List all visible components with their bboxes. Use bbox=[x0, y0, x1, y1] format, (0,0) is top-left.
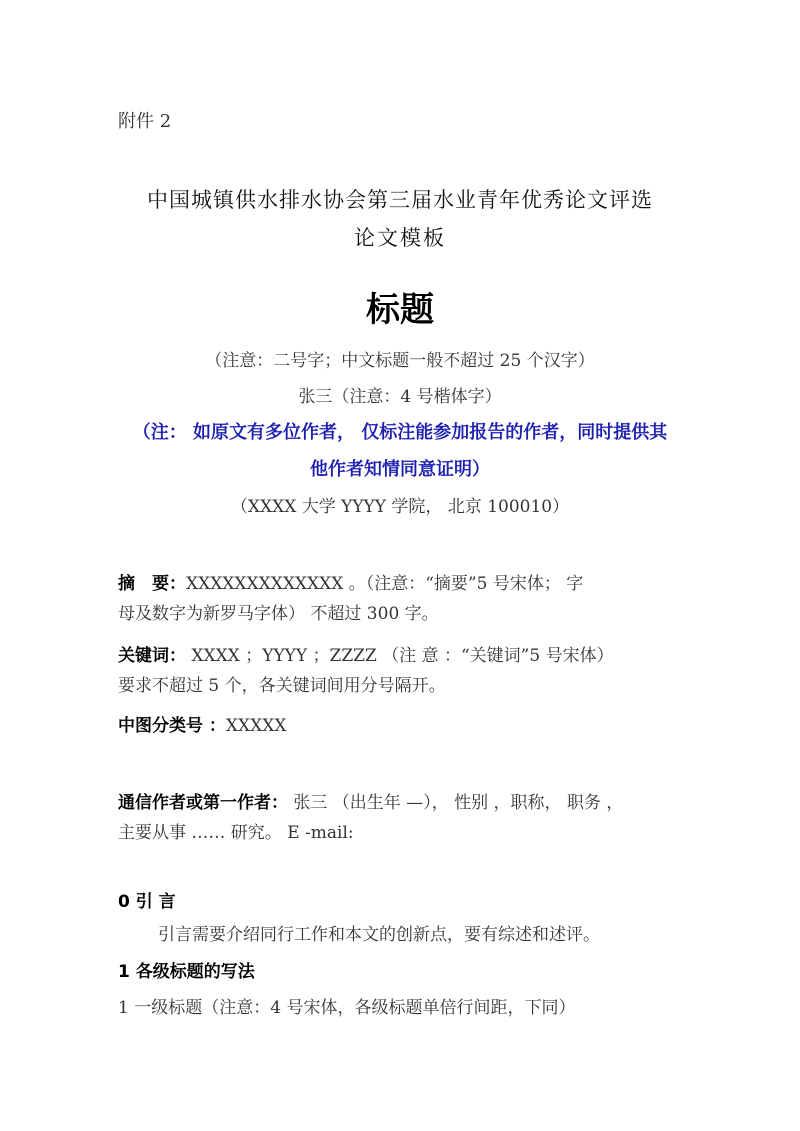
title-note: （注意：二号字；中文标题一般不超过 25 个汉字） bbox=[0, 346, 800, 371]
corresponding-author-block: 通信作者或第一作者： 张三 （出生年 —）， 性别 ，职称， 职务 ， 主要从事… bbox=[118, 788, 688, 848]
corresponding-text-2: 主要从事 …… 研究。 E -mail: bbox=[118, 818, 688, 848]
paper-title: 标题 bbox=[0, 282, 800, 331]
section-0-text: 引言需要介绍同行工作和本文的创新点，要有综述和述评。 bbox=[158, 920, 600, 945]
corresponding-label: 通信作者或第一作者： bbox=[118, 793, 288, 813]
section-0-heading: 0 引 言 bbox=[118, 887, 176, 912]
keywords-label: 关键词： bbox=[118, 646, 186, 666]
clc-block: 中图分类号 ：XXXXX bbox=[118, 711, 688, 741]
clc-label: 中图分类号 ： bbox=[118, 716, 226, 736]
clc-value: XXXXX bbox=[226, 716, 287, 736]
keywords-text-2: 要求不超过 5 个，各关键词间用分号隔开。 bbox=[118, 671, 688, 701]
corresponding-text-1: 张三 （出生年 —）， 性别 ，职称， 职务 ， bbox=[288, 793, 623, 813]
org-title: 中国城镇供水排水协会第三届水业青年优秀论文评选 bbox=[0, 184, 800, 214]
author-note-line1: （注： 如原文有多位作者， 仅标注能参加报告的作者，同时提供其 bbox=[0, 418, 800, 444]
abstract-label: 摘 要： bbox=[118, 574, 186, 594]
template-title: 论文模板 bbox=[0, 222, 800, 252]
section-1-level1-note: 1 一级标题（注意：4 号宋体，各级标题单倍行间距，下同） bbox=[118, 993, 575, 1018]
abstract-text-1: XXXXXXXXXXXXX 。（注意：“摘要”5 号宋体； 字 bbox=[186, 574, 583, 594]
attachment-label: 附件 2 bbox=[118, 107, 171, 133]
author-line: 张三（注意：4 号楷体字） bbox=[0, 382, 800, 407]
affiliation: （XXXX 大学 YYYY 学院， 北京 100010） bbox=[0, 492, 800, 517]
keywords-block: 关键词： XXXX ；YYYY ；ZZZZ （注 意 ：“关键词”5 号宋体） … bbox=[118, 641, 688, 701]
keywords-text-1: XXXX ；YYYY ；ZZZZ （注 意 ：“关键词”5 号宋体） bbox=[186, 646, 614, 666]
abstract-block: 摘 要：XXXXXXXXXXXXX 。（注意：“摘要”5 号宋体； 字 母及数字… bbox=[118, 569, 688, 629]
abstract-text-2: 母及数字为新罗马字体） 不超过 300 字。 bbox=[118, 599, 688, 629]
section-1-heading: 1 各级标题的写法 bbox=[118, 957, 255, 982]
author-note-line2: 他作者知情同意证明） bbox=[0, 455, 800, 481]
